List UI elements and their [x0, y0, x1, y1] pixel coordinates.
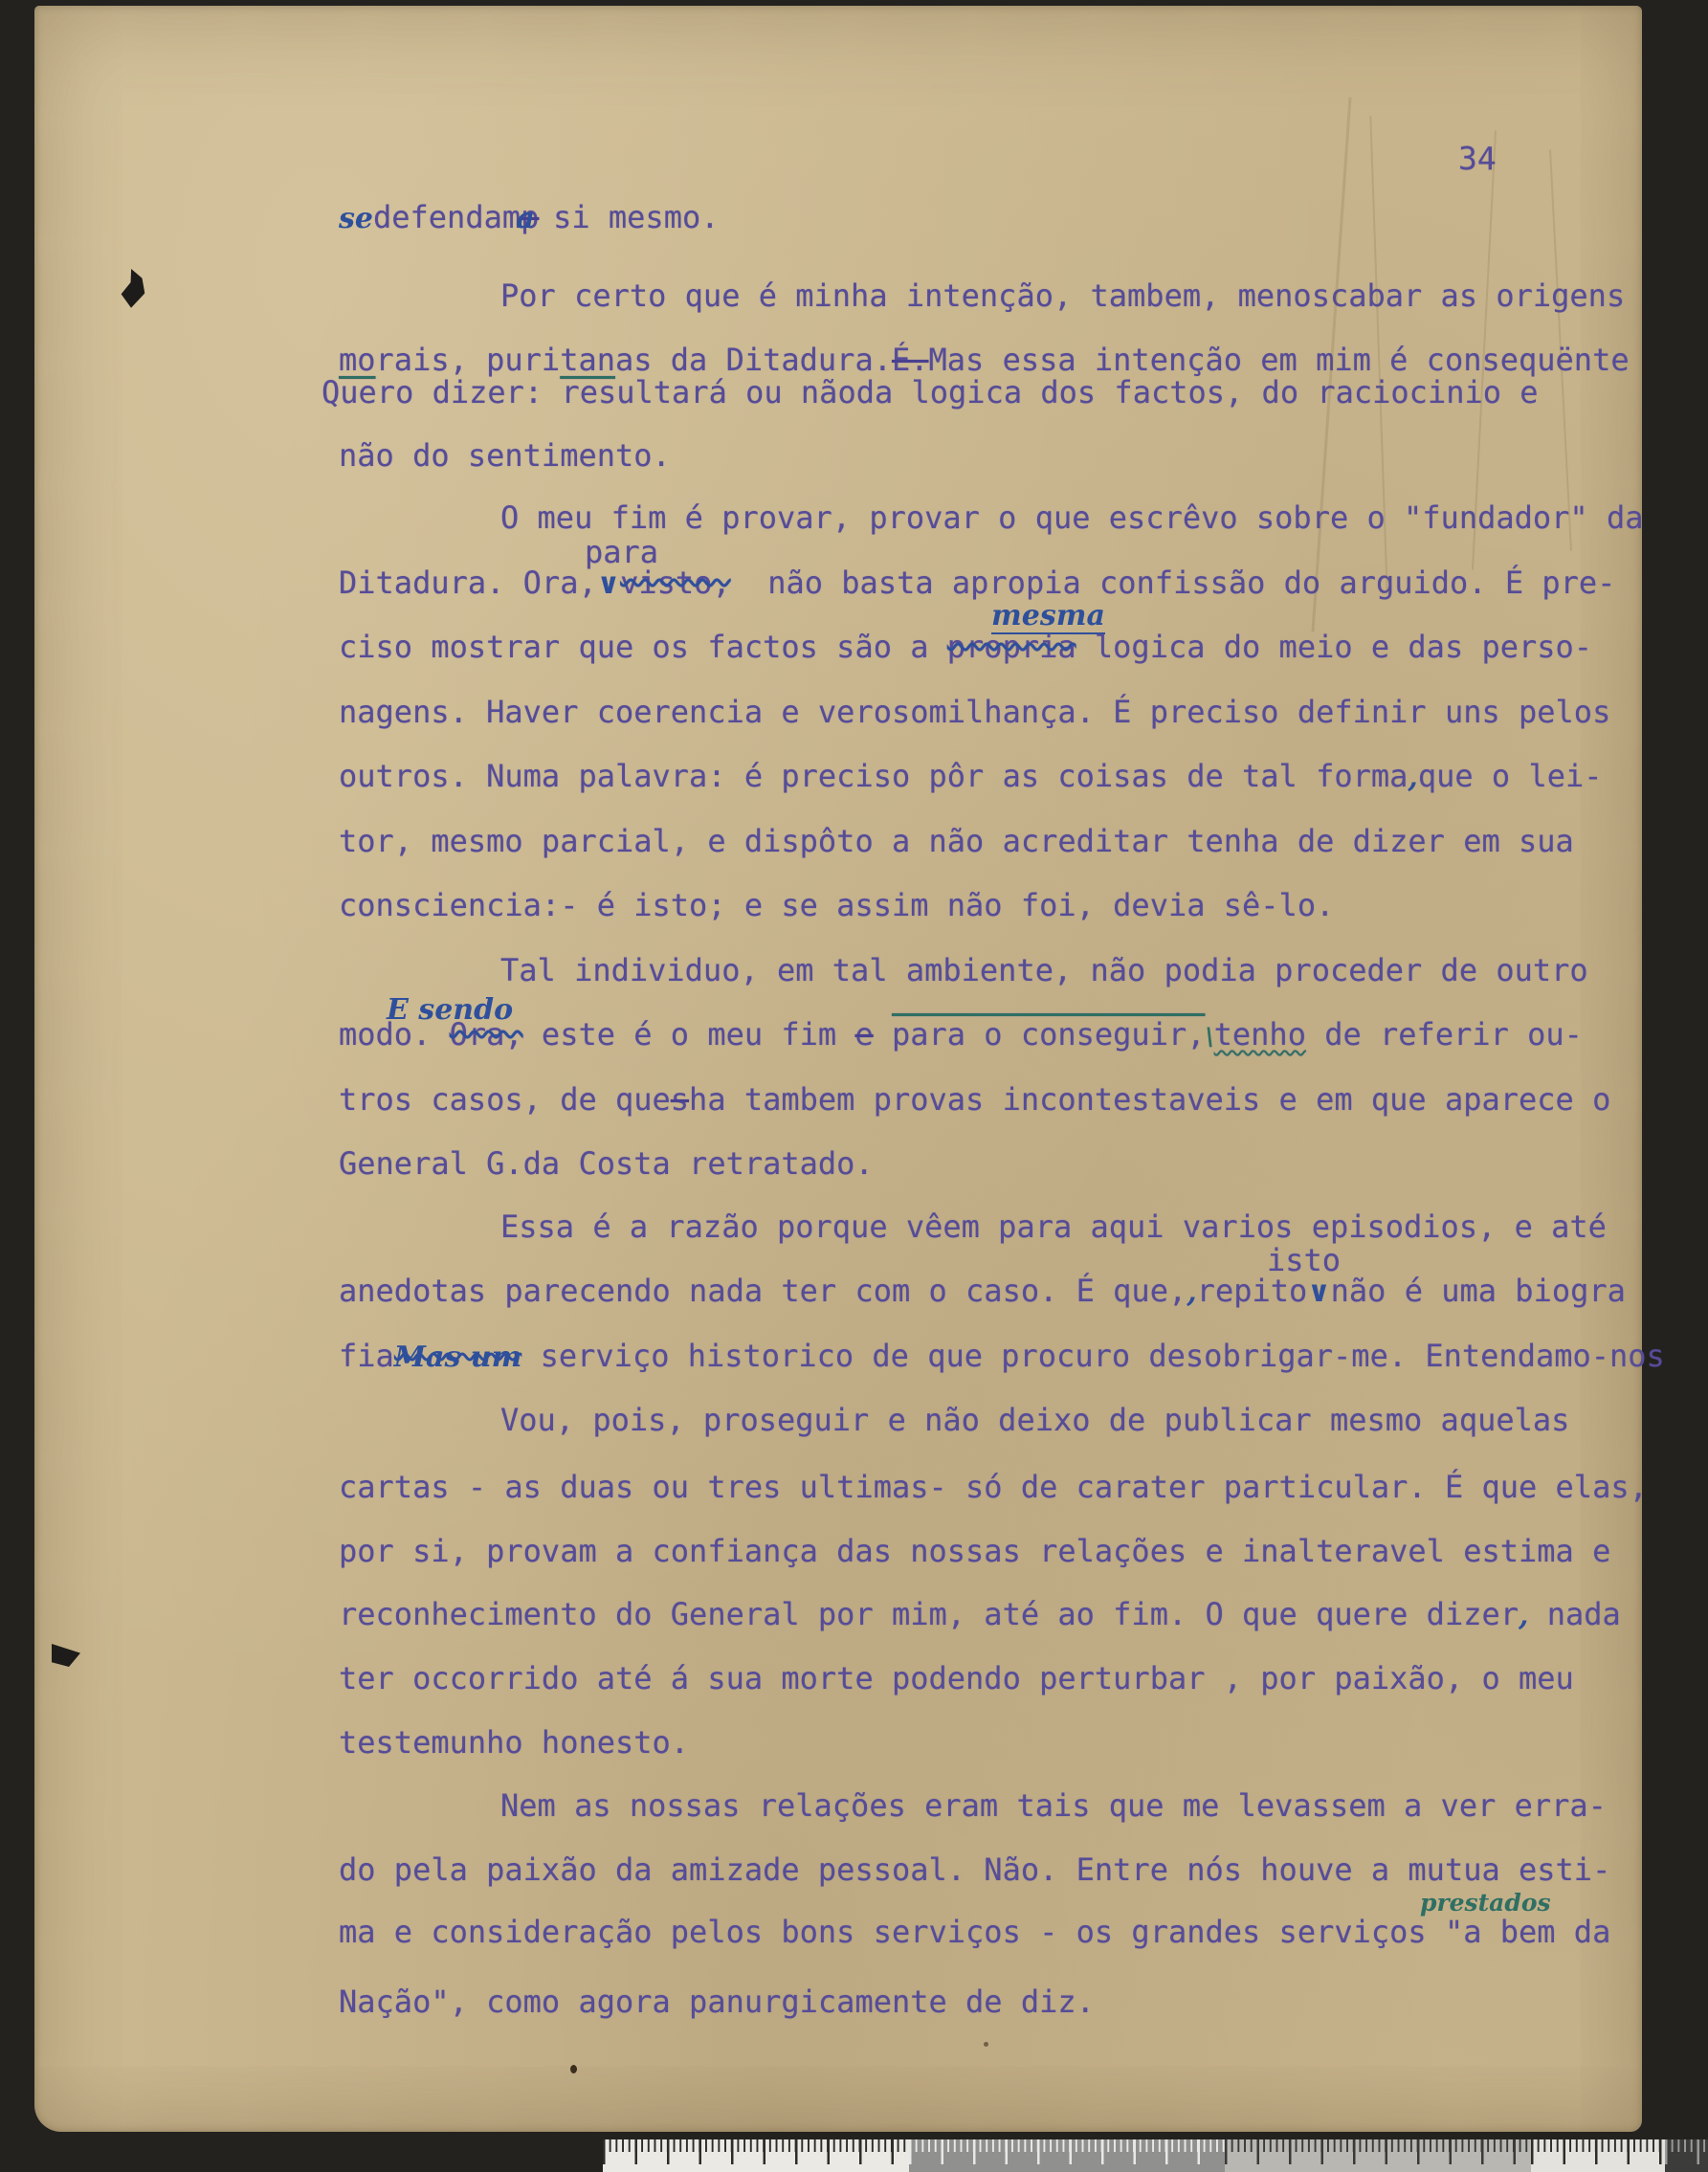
manuscript-paper: 34 sedefendampa si mesmo.Por certo que é… — [34, 6, 1642, 2132]
text-line: Quero dizer: resultará ou nãoda logica d… — [322, 375, 1539, 410]
typed-text — [874, 1016, 892, 1053]
typed-text: tros casos, de que — [339, 1081, 671, 1118]
text-line: sedefendampa si mesmo. — [339, 200, 719, 236]
typed-text: que o lei- — [1418, 758, 1603, 794]
typed-text: s — [671, 1081, 689, 1118]
typed-text: General G.da Costa retratado. — [339, 1145, 874, 1182]
ruler-ticks — [1225, 2139, 1531, 2172]
typed-text: ciso mostrar que os factos são a — [339, 629, 947, 665]
typed-text: logica do meio e das perso- — [1076, 629, 1592, 665]
typed-text: defendam — [373, 199, 521, 235]
typed-text: mo — [339, 342, 376, 378]
text-line: cartas - as duas ou tres ultimas- só de … — [339, 1470, 1648, 1504]
text-line: Nem as nossas relações eram tais que me … — [500, 1788, 1607, 1823]
typed-text: ma e consideração pelos bons serviços - … — [339, 1914, 1610, 1950]
typed-text: rais, puri — [376, 342, 561, 378]
text-line: Por certo que é minha intenção, tambem, … — [500, 278, 1625, 313]
typed-text: e — [854, 1016, 873, 1053]
handwritten-annotation: ∨ — [1307, 1275, 1330, 1309]
typed-text: modo. — [339, 1016, 450, 1053]
typed-text: testemunho honesto. — [339, 1724, 689, 1761]
typed-text: propria — [947, 629, 1076, 665]
scan-background: 34 sedefendampa si mesmo.Por certo que é… — [0, 0, 1708, 2172]
typed-text: anedotas parecendo nada ter com o caso. … — [339, 1273, 1187, 1309]
typed-text: cartas - as duas ou tres ultimas- só de … — [339, 1469, 1648, 1505]
text-line: reconhecimento do General por mim, até a… — [339, 1597, 1621, 1633]
handwritten-annotation: prestados — [1420, 1889, 1551, 1917]
handwritten-annotation: , — [1408, 761, 1417, 794]
typed-text: tor, mesmo parcial, e dispôto a não acre… — [339, 823, 1574, 859]
typed-text: não é uma biogra — [1331, 1273, 1626, 1309]
page-number: 34 — [1458, 140, 1497, 177]
typed-text: O meu fim é provar, provar o que escrêvo… — [500, 499, 1643, 536]
ruler-segment — [1225, 2139, 1531, 2172]
handwritten-annotation: se — [339, 202, 373, 235]
paper-speck — [570, 2065, 577, 2073]
typed-text: tan — [560, 342, 615, 378]
text-line: Ditadura. Ora,∨visto, não basta apropia … — [339, 565, 1615, 602]
measurement-ruler — [603, 2139, 1708, 2172]
text-line: do pela paixão da amizade pessoal. Não. … — [339, 1852, 1610, 1887]
typed-text: repito — [1197, 1273, 1308, 1309]
typed-text: Ditadura. Ora, — [339, 565, 597, 601]
ruler-segment — [1665, 2139, 1708, 2172]
typed-text: não do sentimento. — [339, 437, 671, 474]
typed-text: ha tambem provas incontestaveis e em que… — [689, 1081, 1610, 1118]
text-line: Essa é a razão porque vêem para aqui var… — [500, 1209, 1607, 1244]
text-line: morais, puritanas da Ditadura.É.Mas essa… — [339, 343, 1630, 377]
paper-speck — [984, 2042, 988, 2047]
ruler-segment — [1531, 2139, 1665, 2172]
typed-text: Nação", como agora panurgicamente de diz… — [339, 1984, 1095, 2020]
typed-text: Vou, pois, proseguir e não deixo de publ… — [500, 1402, 1569, 1438]
text-line: ciso mostrar que os factos são a propria… — [339, 630, 1592, 664]
typed-text: Essa é a razão porque vêem para aqui var… — [500, 1208, 1607, 1245]
typed-text: Nem as nossas relações eram tais que me … — [500, 1787, 1607, 1824]
ruler-segment — [909, 2139, 1225, 2172]
handwritten-annotation: Mas um — [394, 1341, 522, 1374]
typed-text: Ora, — [450, 1016, 523, 1053]
text-line: testemunho honesto. — [339, 1725, 689, 1760]
text-line: consciencia:- é isto; e se assim não foi… — [339, 888, 1334, 922]
text-line: tor, mesmo parcial, e dispôto a não acre… — [339, 824, 1574, 858]
text-line: por si, provam a confiança das nossas re… — [339, 1534, 1610, 1568]
typed-text: si mesmo. — [535, 199, 720, 235]
ruler-ticks — [1531, 2139, 1665, 2172]
ruler-ticks — [603, 2139, 909, 2172]
typed-text: este é o meu fim — [523, 1016, 855, 1053]
handwritten-annotation: , — [1187, 1275, 1196, 1309]
typed-text: as da Ditadura. — [615, 342, 892, 378]
text-line: Nação", como agora panurgicamente de diz… — [339, 1984, 1095, 2019]
text-line: fiaMas um serviço historico de que procu… — [339, 1339, 1665, 1375]
typed-text: ter occorrido até á sua morte podendo pe… — [339, 1660, 1574, 1696]
text-line: nagens. Haver coerencia e verosomilhança… — [339, 695, 1610, 729]
ruler-ticks — [1665, 2139, 1708, 2172]
typed-text: Por certo que é minha intenção, tambem, … — [500, 277, 1625, 314]
text-line: ma e consideração pelos bons serviços - … — [339, 1915, 1610, 1949]
handwritten-annotation: \ — [1205, 1023, 1213, 1051]
text-line: General G.da Costa retratado. — [339, 1146, 874, 1181]
ruler-segment — [603, 2139, 909, 2172]
handwritten-annotation: a — [516, 202, 534, 235]
typed-text: para o conseguir, — [892, 1016, 1206, 1053]
text-line: Tal individuo, em tal ambiente, não podi… — [500, 953, 1588, 987]
text-line: O meu fim é provar, provar o que escrêvo… — [500, 500, 1643, 535]
typed-text: outros. Numa palavra: é preciso pôr as c… — [339, 758, 1408, 794]
typed-text: serviço historico de que procuro desobri… — [521, 1338, 1664, 1374]
text-line: ter occorrido até á sua morte podendo pe… — [339, 1661, 1574, 1695]
paper-tear — [52, 1644, 80, 1667]
typed-text: por si, provam a confiança das nossas re… — [339, 1533, 1610, 1569]
handwritten-annotation: ∨ — [597, 567, 620, 601]
typed-text: reconhecimento do General por mim, até a… — [339, 1596, 1519, 1632]
paper-tear — [119, 268, 149, 310]
typed-text: visto, — [620, 565, 731, 601]
text-line: tros casos, de quesha tambem provas inco… — [339, 1082, 1610, 1117]
typed-text: É. — [892, 342, 929, 378]
typed-text: de referir ou- — [1306, 1016, 1583, 1053]
typed-text: não basta apropia confissão do arguido. … — [731, 565, 1616, 601]
text-line: modo. Ora, este é o meu fim e para o con… — [339, 1017, 1583, 1054]
typed-text: nada — [1528, 1596, 1620, 1632]
ruler-ticks — [909, 2139, 1225, 2172]
typed-text: Mas essa intenção em mim é consequënte — [929, 342, 1630, 378]
typed-text: Quero dizer: resultará ou nãoda logica d… — [322, 374, 1539, 410]
typed-text: Tal individuo, em tal ambiente, não podi… — [500, 952, 1588, 988]
typed-text: consciencia:- é isto; e se assim não foi… — [339, 887, 1334, 923]
text-line: outros. Numa palavra: é preciso pôr as c… — [339, 759, 1603, 795]
typed-text: tenho — [1214, 1016, 1306, 1053]
text-line: anedotas parecendo nada ter com o caso. … — [339, 1274, 1626, 1310]
text-line: Vou, pois, proseguir e não deixo de publ… — [500, 1403, 1569, 1437]
typed-text: nagens. Haver coerencia e verosomilhança… — [339, 694, 1610, 730]
typed-text: fia — [339, 1338, 394, 1374]
text-line: não do sentimento. — [339, 438, 671, 473]
handwritten-annotation: , — [1519, 1599, 1528, 1632]
